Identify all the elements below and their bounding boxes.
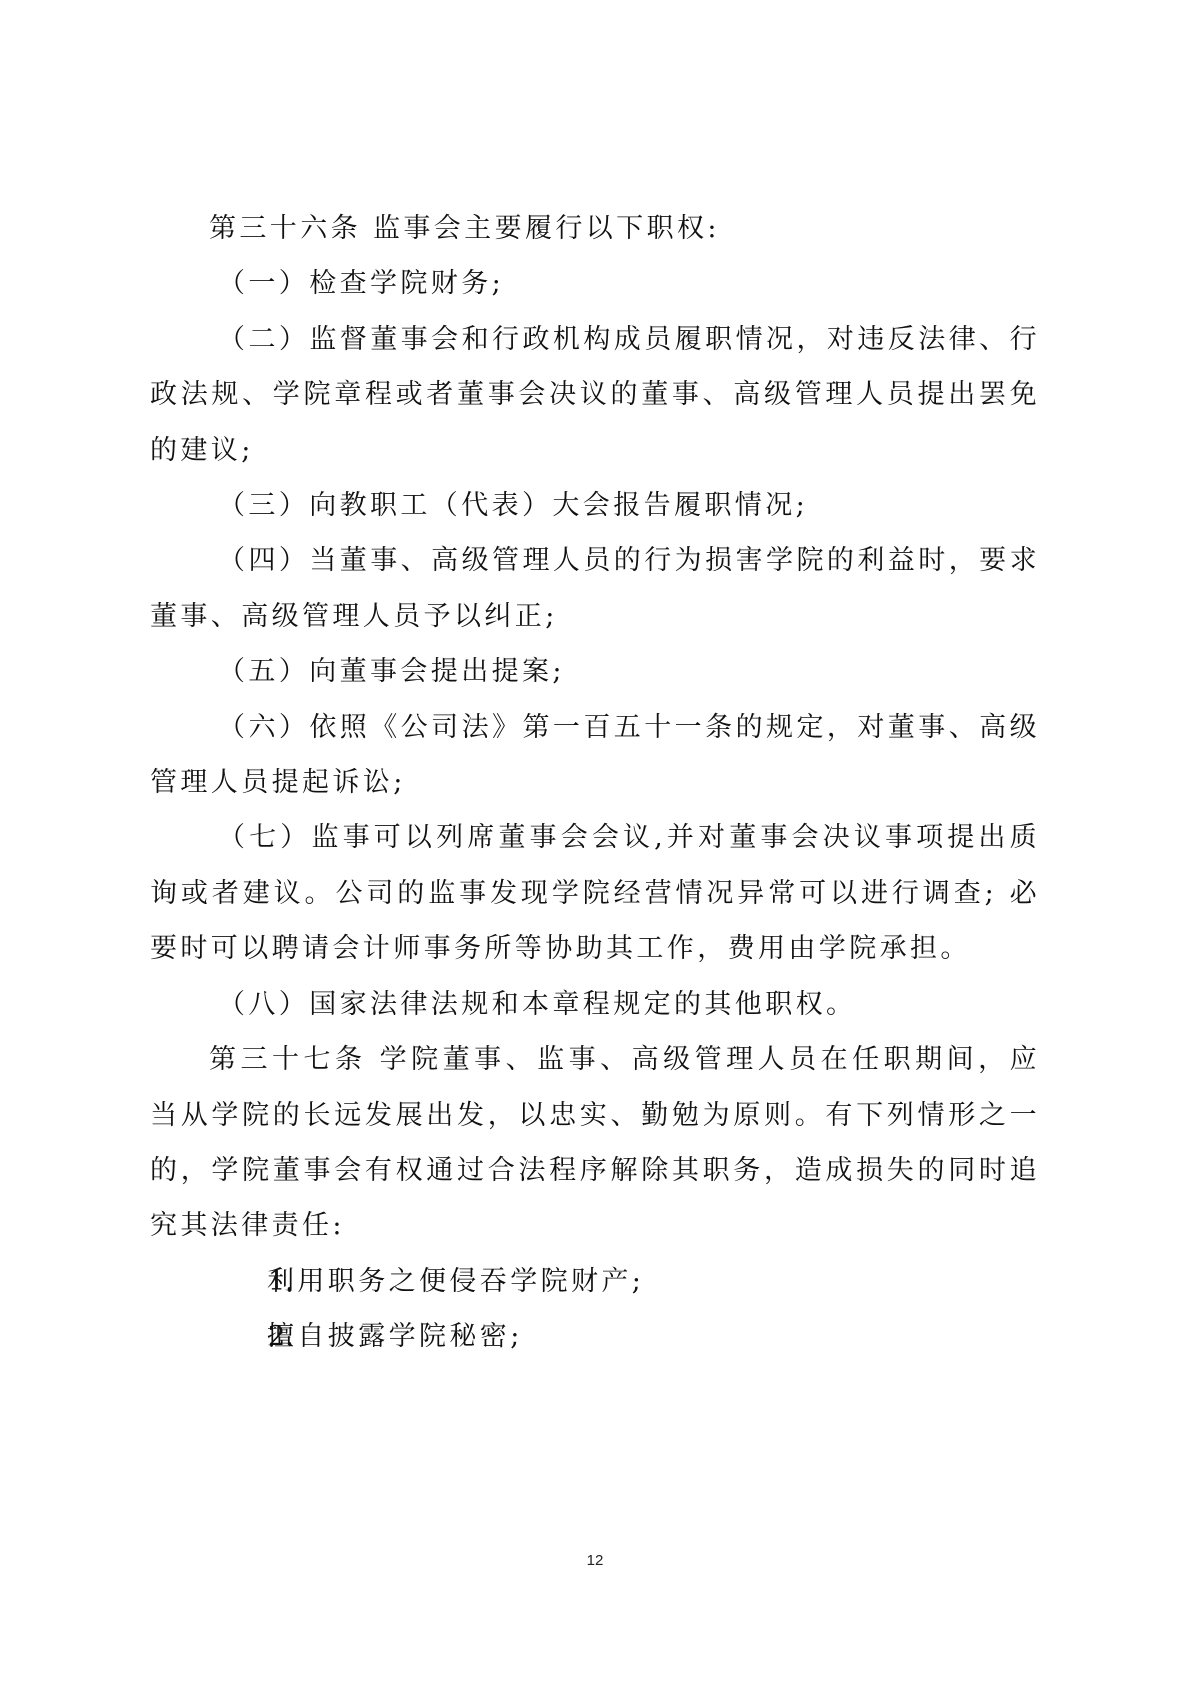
- article-36-item-5: （五）向董事会提出提案;: [150, 644, 1040, 699]
- list-item-text: 擅自披露学院秘密;: [267, 1321, 523, 1352]
- article-36-item-6: （六）依照《公司法》第一百五十一条的规定，对董事、高级管理人员提起诉讼;: [150, 700, 1040, 811]
- article-36-item-1: （一）检查学院财务;: [150, 256, 1040, 311]
- article-36-item-8: （八）国家法律法规和本章程规定的其他职权。: [150, 977, 1040, 1032]
- page-number: 12: [0, 1552, 1190, 1569]
- article-36-item-7: （七）监事可以列席董事会会议,并对董事会决议事项提出质询或者建议。公司的监事发现…: [150, 810, 1040, 976]
- article-36-heading: 第三十六条 监事会主要履行以下职权:: [150, 201, 1040, 256]
- article-36-item-2: （二）监督董事会和行政机构成员履职情况，对违反法律、行政法规、学院章程或者董事会…: [150, 312, 1040, 478]
- article-37-item-1: 1.利用职务之便侵吞学院财产;: [150, 1254, 1040, 1309]
- article-37-heading: 第三十七条 学院董事、监事、高级管理人员在任职期间，应当从学院的长远发展出发，以…: [150, 1032, 1040, 1254]
- document-body: 第三十六条 监事会主要履行以下职权: （一）检查学院财务; （二）监督董事会和行…: [150, 201, 1040, 1365]
- article-36-item-4: （四）当董事、高级管理人员的行为损害学院的利益时，要求董事、高级管理人员予以纠正…: [150, 533, 1040, 644]
- list-number: 1.: [209, 1254, 267, 1309]
- article-37-item-2: 2.擅自披露学院秘密;: [150, 1309, 1040, 1364]
- article-36-item-3: （三）向教职工（代表）大会报告履职情况;: [150, 478, 1040, 533]
- list-number: 2.: [209, 1309, 267, 1364]
- document-page: 第三十六条 监事会主要履行以下职权: （一）检查学院财务; （二）监督董事会和行…: [0, 0, 1190, 1683]
- list-item-text: 利用职务之便侵吞学院财产;: [267, 1266, 644, 1297]
